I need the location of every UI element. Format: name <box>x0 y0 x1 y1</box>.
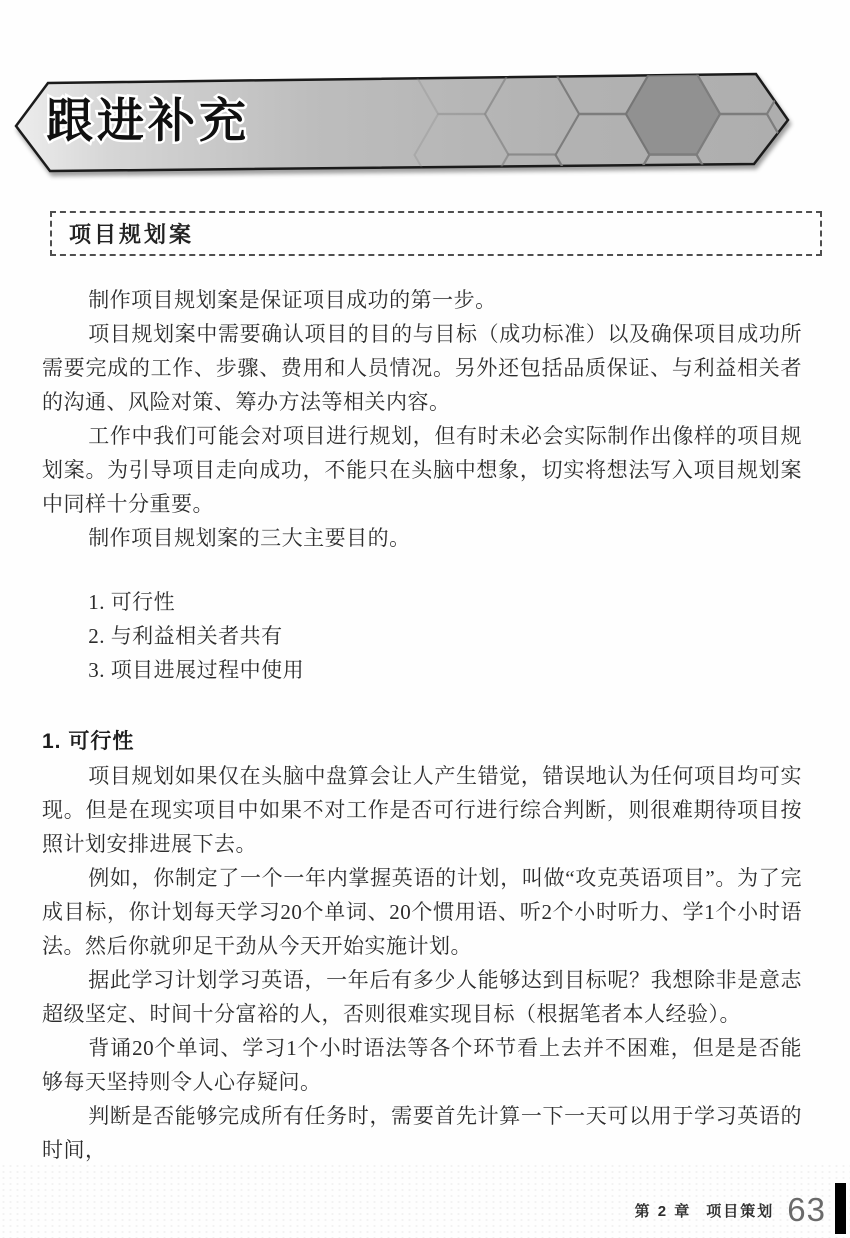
purpose-list: 1. 可行性 2. 与利益相关者共有 3. 项目进展过程中使用 <box>42 585 802 687</box>
paragraph-feasibility-2: 例如，你制定了一个一年内掌握英语的计划，叫做“攻克英语项目”。为了完成目标，你计… <box>42 861 802 963</box>
paragraph-intro-2: 项目规划案中需要确认项目的目的与目标（成功标准）以及确保项目成功所需要完成的工作… <box>42 317 802 419</box>
footer-edge-bar <box>835 1183 846 1234</box>
paragraph-intro-4: 制作项目规划案的三大主要目的。 <box>42 521 802 555</box>
book-page: 跟进补充 项目规划案 制作项目规划案是保证项目成功的第一步。 项目规划案中需要确… <box>0 0 850 1238</box>
footer-page-number: 63 <box>787 1191 826 1229</box>
purpose-list-item-2: 2. 与利益相关者共有 <box>88 619 802 653</box>
footer-section-label: 项目策划 <box>706 1200 774 1221</box>
paragraph-feasibility-4: 背诵20个单词、学习1个小时语法等各个环节看上去并不困难，但是是否能够每天坚持则… <box>42 1031 802 1099</box>
topic-title-box: 项目规划案 <box>50 211 822 256</box>
purpose-list-item-3: 3. 项目进展过程中使用 <box>88 653 802 687</box>
paragraph-feasibility-1: 项目规划如果仅在头脑中盘算会让人产生错觉，错误地认为任何项目均可实现。但是在现实… <box>42 759 802 861</box>
banner-graphic: 跟进补充 <box>12 66 796 182</box>
paragraph-feasibility-5: 判断是否能够完成所有任务时，需要首先计算一下一天可以用于学习英语的时间， <box>42 1099 802 1167</box>
page-footer: 第 2 章 项目策划 63 <box>635 1188 826 1232</box>
section-banner: 跟进补充 <box>12 66 796 182</box>
purpose-list-item-1: 1. 可行性 <box>88 585 802 619</box>
body-text: 制作项目规划案是保证项目成功的第一步。 项目规划案中需要确认项目的目的与目标（成… <box>42 283 802 1167</box>
topic-title: 项目规划案 <box>69 218 194 249</box>
section-heading-feasibility: 1. 可行性 <box>42 725 802 759</box>
footer-chapter-label: 第 2 章 <box>635 1200 692 1221</box>
paragraph-intro-3: 工作中我们可能会对项目进行规划，但有时未必会实际制作出像样的项目规划案。为引导项… <box>42 419 802 521</box>
banner-title: 跟进补充 <box>46 94 250 147</box>
paragraph-feasibility-3: 据此学习计划学习英语，一年后有多少人能够达到目标呢？我想除非是意志超级坚定、时间… <box>42 963 802 1031</box>
paragraph-intro-1: 制作项目规划案是保证项目成功的第一步。 <box>42 283 802 317</box>
